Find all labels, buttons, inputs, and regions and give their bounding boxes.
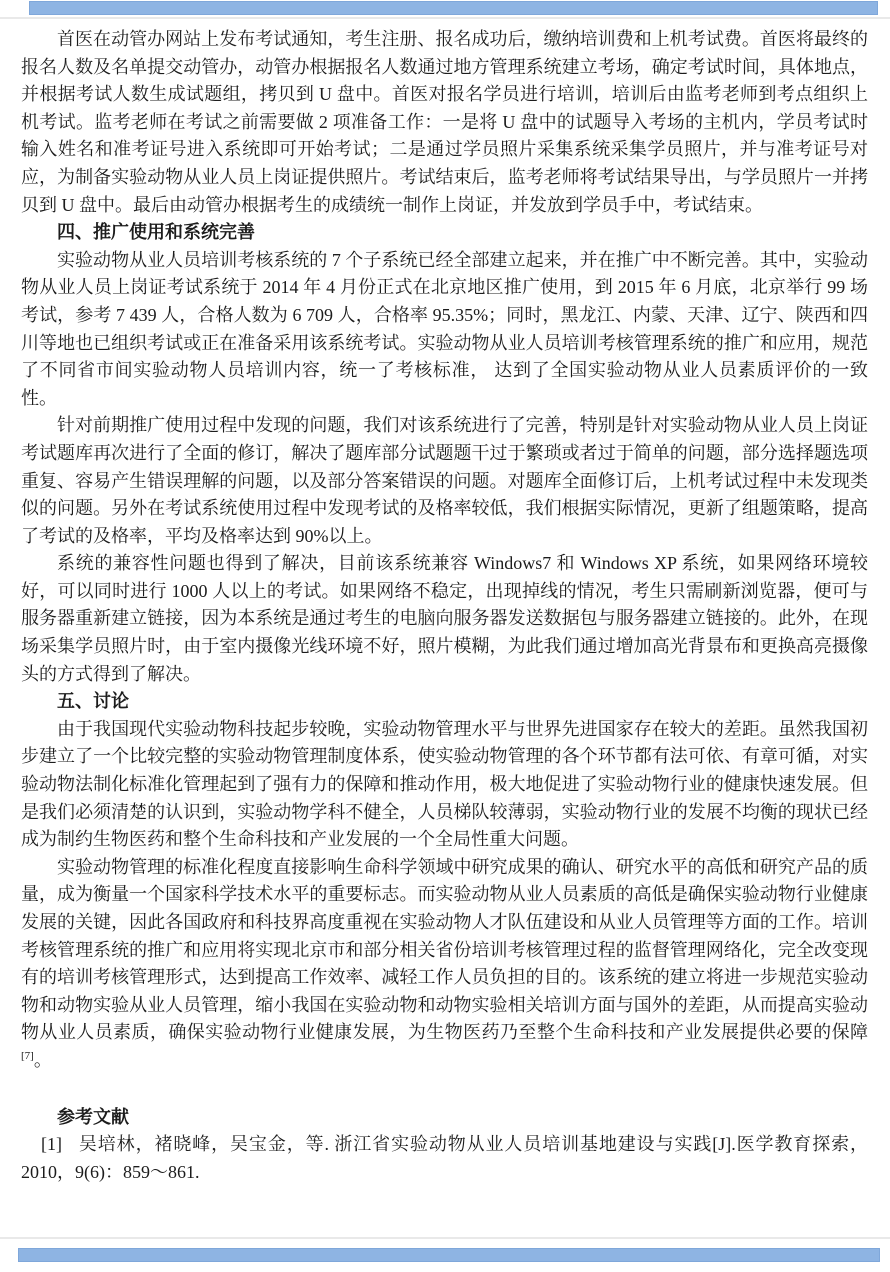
citation-ref-7: [7] <box>21 1050 34 1062</box>
paragraph-promotion-stats: 实验动物从业人员培训考核系统的 7 个子系统已经全部建立起来，并在推广中不断完善… <box>21 247 868 413</box>
bottom-decoration-bar <box>18 1248 880 1262</box>
paragraph-exam-procedure: 首医在动管办网站上发布考试通知，考生注册、报名成功后，缴纳培训费和上机考试费。首… <box>21 26 868 219</box>
section-heading-promotion: 四、推广使用和系统完善 <box>21 219 868 247</box>
paragraph-question-bank-revision: 针对前期推广使用过程中发现的问题，我们对该系统进行了完善，特别是针对实验动物从业… <box>21 412 868 550</box>
paragraph-discussion-significance: 实验动物管理的标准化程度直接影响生命科学领域中研究成果的确认、研究水平的高低和研… <box>21 854 868 1075</box>
paragraph-text: 实验动物管理的标准化程度直接影响生命科学领域中研究成果的确认、研究水平的高低和研… <box>21 857 868 1043</box>
top-decoration-bar <box>29 1 878 15</box>
references-heading: 参考文献 <box>21 1104 868 1132</box>
references-section: 参考文献 [1]吴培林，褚晓峰，吴宝金，等. 浙江省实验动物从业人员培训基地建设… <box>21 1104 868 1187</box>
section-heading-discussion: 五、讨论 <box>21 688 868 716</box>
top-divider-line <box>0 17 890 19</box>
reference-number: [1] <box>41 1134 62 1154</box>
bottom-divider-line <box>0 1237 890 1239</box>
sentence-end: 。 <box>34 1050 52 1070</box>
page-body: 首医在动管办网站上发布考试通知，考生注册、报名成功后，缴纳培训费和上机考试费。首… <box>21 26 868 1186</box>
paragraph-discussion-status: 由于我国现代实验动物科技起步较晚，实验动物管理水平与世界先进国家存在较大的差距。… <box>21 716 868 854</box>
reference-text: 吴培林，褚晓峰，吴宝金，等. 浙江省实验动物从业人员培训基地建设与实践[J].医… <box>21 1134 868 1182</box>
reference-item: [1]吴培林，褚晓峰，吴宝金，等. 浙江省实验动物从业人员培训基地建设与实践[J… <box>21 1131 868 1186</box>
paragraph-compatibility: 系统的兼容性问题也得到了解决，目前该系统兼容 Windows7 和 Window… <box>21 550 868 688</box>
